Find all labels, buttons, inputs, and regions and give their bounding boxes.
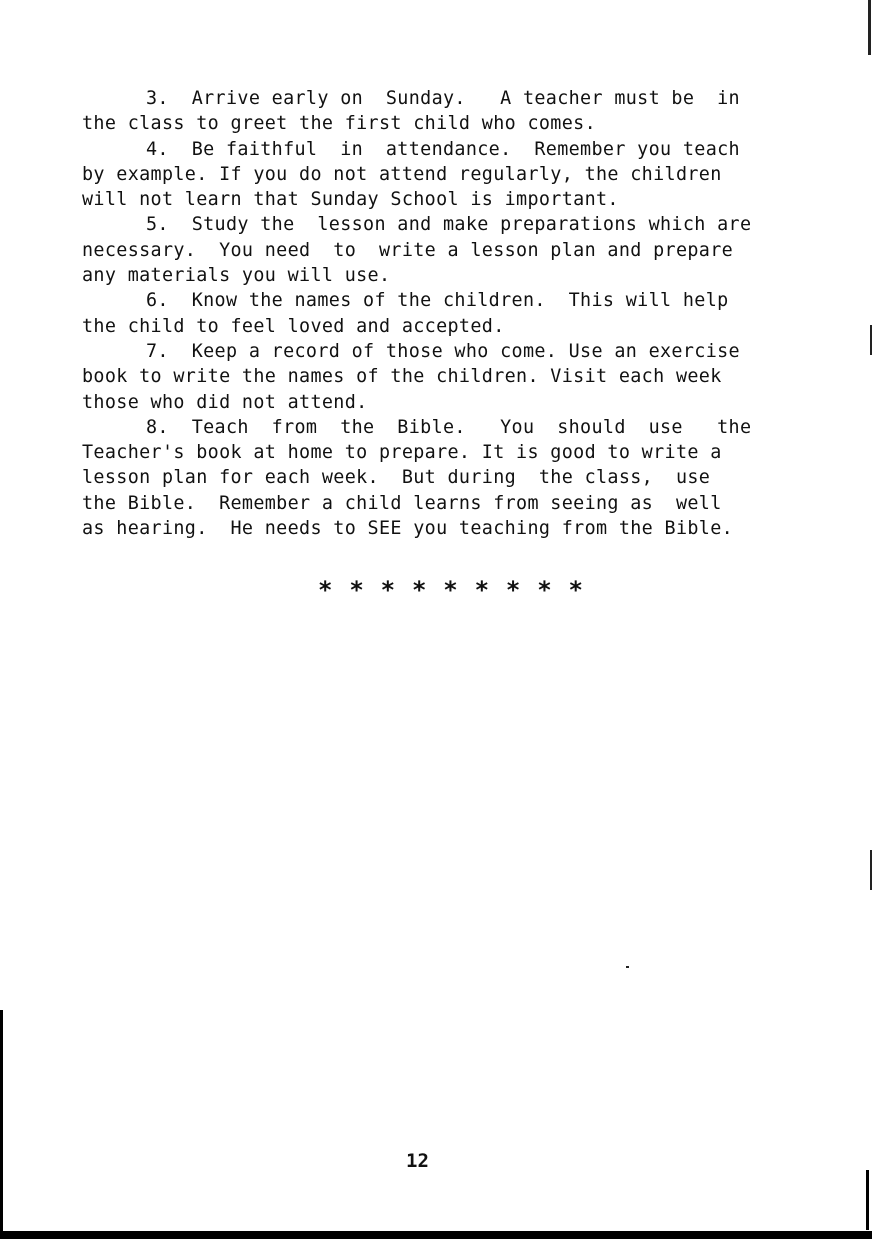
text-line: 7. Keep a record of those who come. Use …	[82, 339, 801, 364]
numbered-paragraph: 6. Know the names of the children. This …	[82, 288, 801, 339]
body-text: 3. Arrive early on Sunday. A teacher mus…	[82, 86, 801, 541]
paragraph-number: 6.	[146, 288, 169, 313]
text-line: the Bible. Remember a child learns from …	[82, 491, 801, 516]
scan-mark-top-right	[868, 0, 871, 55]
text-line: 8. Teach from the Bible. You should use …	[82, 415, 801, 440]
page-number: 12	[406, 1150, 429, 1172]
numbered-paragraph: 3. Arrive early on Sunday. A teacher mus…	[82, 86, 801, 137]
text-line: by example. If you do not attend regular…	[82, 162, 801, 187]
paragraph-number: 8.	[146, 415, 169, 440]
star-icon: *	[569, 578, 583, 602]
paragraph-number: 5.	[146, 212, 169, 237]
star-icon: *	[381, 578, 395, 602]
text-line: Teacher's book at home to prepare. It is…	[82, 440, 801, 465]
numbered-paragraph: 8. Teach from the Bible. You should use …	[82, 415, 801, 541]
text-line: 3. Arrive early on Sunday. A teacher mus…	[82, 86, 801, 111]
scan-dot	[626, 966, 629, 968]
text-line: lesson plan for each week. But during th…	[82, 465, 801, 490]
scan-border-right	[866, 1170, 869, 1230]
numbered-paragraph: 7. Keep a record of those who come. Use …	[82, 339, 801, 415]
scan-border-left	[0, 1010, 3, 1235]
numbered-paragraph: 4. Be faithful in attendance. Remember y…	[82, 137, 801, 213]
paragraph-number: 7.	[146, 339, 169, 364]
text-line: 6. Know the names of the children. This …	[82, 288, 801, 313]
star-icon: *	[318, 578, 332, 602]
text-line: as hearing. He needs to SEE you teaching…	[82, 516, 801, 541]
text-line: book to write the names of the children.…	[82, 364, 801, 389]
star-icon: *	[537, 578, 551, 602]
text-line: the child to feel loved and accepted.	[82, 314, 801, 339]
star-icon: *	[475, 578, 489, 602]
text-line: those who did not attend.	[82, 390, 801, 415]
numbered-paragraph: 5. Study the lesson and make preparation…	[82, 212, 801, 288]
star-icon: *	[349, 578, 363, 602]
text-line: any materials you will use.	[82, 263, 801, 288]
text-line: 4. Be faithful in attendance. Remember y…	[82, 137, 801, 162]
paragraph-number: 4.	[146, 137, 169, 162]
text-line: the class to greet the first child who c…	[82, 111, 801, 136]
document-page: 3. Arrive early on Sunday. A teacher mus…	[0, 0, 872, 1239]
text-line: necessary. You need to write a lesson pl…	[82, 238, 801, 263]
paragraph-number: 3.	[146, 86, 169, 111]
star-icon: *	[443, 578, 457, 602]
scan-border-bottom	[0, 1231, 872, 1239]
star-icon: *	[506, 578, 520, 602]
text-line: 5. Study the lesson and make preparation…	[82, 212, 801, 237]
star-icon: *	[412, 578, 426, 602]
section-separator: *********	[318, 578, 583, 602]
text-line: will not learn that Sunday School is imp…	[82, 187, 801, 212]
